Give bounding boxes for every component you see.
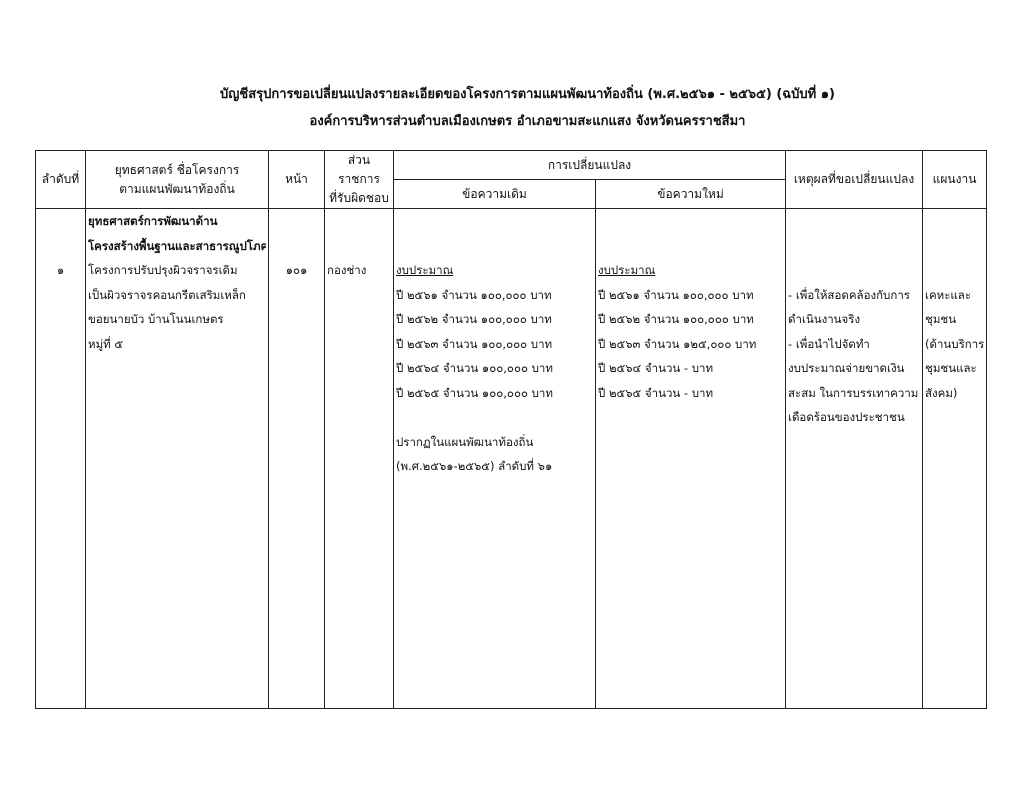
agency-name: กองช่าง <box>327 258 391 283</box>
row-number: ๑ <box>38 258 83 283</box>
new-budget-line: ปี ๒๕๖๑ จำนวน ๑๐๐,๐๐๐ บาท <box>598 283 783 308</box>
table-row: ๑ ยุทธศาสตร์การพัฒนาด้าน โครงสร้างพื้นฐา… <box>36 209 987 709</box>
plan-line: (ด้านบริการ <box>925 332 984 357</box>
header-page: หน้า <box>269 151 325 209</box>
new-budget-heading: งบประมาณ <box>598 258 783 283</box>
header-no: ลำดับที่ <box>36 151 86 209</box>
plan-line: สังคม) <box>925 381 984 406</box>
old-budget-line: ปี ๒๕๖๔ จำนวน ๑๐๐,๐๐๐ บาท <box>396 356 593 381</box>
cell-plan: เคหะและ ชุมชน (ด้านบริการ ชุมชนและ สังคม… <box>923 209 987 709</box>
document-title: บัญชีสรุปการขอเปลี่ยนแปลงรายละเอียดของโค… <box>10 83 1035 104</box>
strategy-name: โครงสร้างพื้นฐานและสาธารณูปโภค <box>88 234 266 259</box>
header-agency: ส่วนราชการ ที่รับผิดชอบ <box>325 151 394 209</box>
header-agency-line1: ส่วนราชการ <box>327 151 391 189</box>
header-strategy: ยุทธศาสตร์ ชื่อโครงการ ตามแผนพัฒนาท้องถิ… <box>86 151 269 209</box>
plan-line: ชุมชนและ <box>925 356 984 381</box>
header-old-text: ข้อความเดิม <box>394 180 596 209</box>
project-name: ขอยนายบัว บ้านโนนเกษตร <box>88 307 266 332</box>
change-summary-table: ลำดับที่ ยุทธศาสตร์ ชื่อโครงการ ตามแผนพั… <box>35 150 987 709</box>
cell-old-text: งบประมาณ ปี ๒๕๖๑ จำนวน ๑๐๐,๐๐๐ บาท ปี ๒๕… <box>394 209 596 709</box>
cell-reason: - เพื่อให้สอดคล้องกับการ ดำเนินงานจริง -… <box>786 209 923 709</box>
new-budget-line: ปี ๒๕๖๕ จำนวน - บาท <box>598 381 783 406</box>
header-strategy-line2: ตามแผนพัฒนาท้องถิ่น <box>88 180 266 199</box>
old-budget-heading: งบประมาณ <box>396 258 593 283</box>
old-budget-line: ปี ๒๕๖๓ จำนวน ๑๐๐,๐๐๐ บาท <box>396 332 593 357</box>
header-strategy-line1: ยุทธศาสตร์ ชื่อโครงการ <box>88 161 266 180</box>
reason-line: เดือดร้อนของประชาชน <box>788 405 920 430</box>
header-plan: แผนงาน <box>923 151 987 209</box>
new-budget-line: ปี ๒๕๖๔ จำนวน - บาท <box>598 356 783 381</box>
new-budget-line: ปี ๒๕๖๓ จำนวน ๑๒๕,๐๐๐ บาท <box>598 332 783 357</box>
document-subtitle: องค์การบริหารส่วนตำบลเมืองเกษตร อำเภอขาม… <box>10 110 1035 131</box>
project-name: หมู่ที่ ๕ <box>88 332 266 357</box>
reason-line: งบประมาณจ่ายขาดเงิน <box>788 356 920 381</box>
cell-no: ๑ <box>36 209 86 709</box>
cell-strategy: ยุทธศาสตร์การพัฒนาด้าน โครงสร้างพื้นฐานแ… <box>86 209 269 709</box>
old-budget-line: ปี ๒๕๖๑ จำนวน ๑๐๐,๐๐๐ บาท <box>396 283 593 308</box>
reason-line: สะสม ในการบรรเทาความ <box>788 381 920 406</box>
cell-agency: กองช่าง <box>325 209 394 709</box>
strategy-name: ยุทธศาสตร์การพัฒนาด้าน <box>88 209 266 234</box>
old-budget-line: ปี ๒๕๖๒ จำนวน ๑๐๐,๐๐๐ บาท <box>396 307 593 332</box>
plan-line: เคหะและ <box>925 283 984 308</box>
old-note: ปรากฏในแผนพัฒนาท้องถิ่น <box>396 430 593 455</box>
header-new-text: ข้อความใหม่ <box>596 180 786 209</box>
project-name: โครงการปรับปรุงผิวจราจรเดิม <box>88 258 266 283</box>
cell-page: ๑๐๑ <box>269 209 325 709</box>
reason-line: - เพื่อให้สอดคล้องกับการ <box>788 283 920 308</box>
cell-new-text: งบประมาณ ปี ๒๕๖๑ จำนวน ๑๐๐,๐๐๐ บาท ปี ๒๕… <box>596 209 786 709</box>
project-name: เป็นผิวจราจรคอนกรีตเสริมเหล็ก <box>88 283 266 308</box>
header-change: การเปลี่ยนแปลง <box>394 151 786 180</box>
new-budget-line: ปี ๒๕๖๒ จำนวน ๑๐๐,๐๐๐ บาท <box>598 307 783 332</box>
reason-line: ดำเนินงานจริง <box>788 307 920 332</box>
old-note: (พ.ศ.๒๕๖๑-๒๕๖๕) ลำดับที่ ๖๑ <box>396 454 593 479</box>
old-budget-line: ปี ๒๕๖๕ จำนวน ๑๐๐,๐๐๐ บาท <box>396 381 593 406</box>
plan-line: ชุมชน <box>925 307 984 332</box>
page-number: ๑๐๑ <box>271 258 322 283</box>
header-agency-line2: ที่รับผิดชอบ <box>327 189 391 208</box>
header-reason: เหตุผลที่ขอเปลี่ยนแปลง <box>786 151 923 209</box>
reason-line: - เพื่อนำไปจัดทำ <box>788 332 920 357</box>
